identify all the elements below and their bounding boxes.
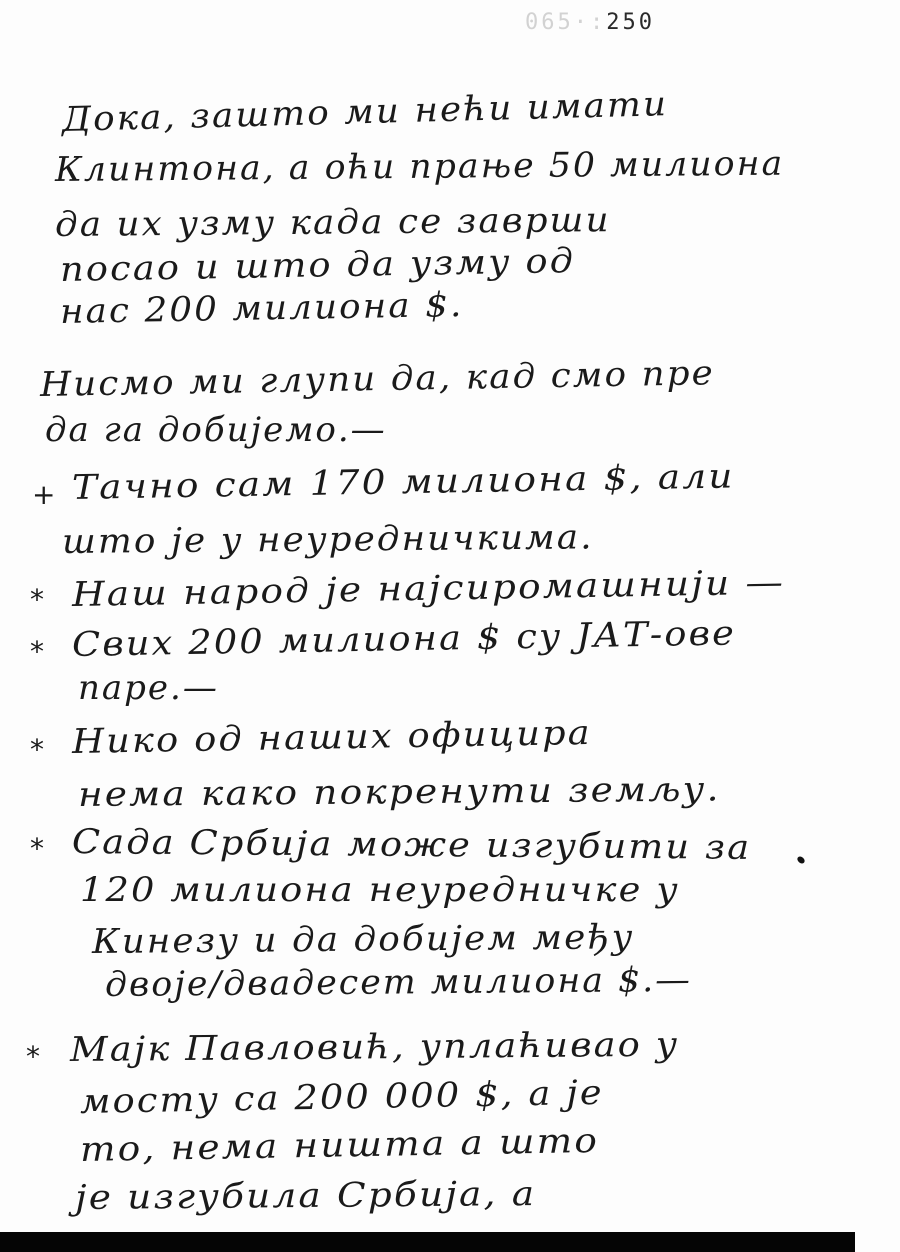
handwritten-line: Сада Србија може изгубити за (72, 822, 752, 868)
handwritten-line: нас 200 милиона $. (60, 285, 464, 332)
handwritten-line: 120 милиона неуредничке у (80, 870, 680, 910)
handwritten-line: мосту са 200 000 $, а је (80, 1073, 604, 1122)
stamp-faded-mid: ·: (574, 10, 607, 35)
handwritten-line: Мајк Павловић, уплаћивао у (70, 1025, 680, 1070)
handwritten-line: нема како покренути земљу. (78, 769, 721, 815)
handwritten-line: двоје/двадесет милиона $.— (105, 960, 692, 1005)
asterisk-bullet-icon: * (30, 832, 44, 865)
handwritten-line: Дока, зашто ми нећи имати (61, 84, 668, 140)
handwritten-line: да га добијемо.— (45, 410, 387, 450)
handwritten-line: да их узму када се заврши (55, 200, 611, 245)
handwritten-line: посао и што да узму од (60, 241, 576, 290)
handwritten-document-page: 065·:250 Дока, зашто ми нећи имати Клинт… (0, 0, 900, 1252)
scan-border-bar (0, 1232, 855, 1252)
handwritten-line: Кинезу и да добијем међу (92, 917, 635, 962)
asterisk-bullet-icon: * (30, 583, 44, 616)
handwritten-line: Нико од наших официра (72, 713, 592, 762)
plus-bullet-icon: + (32, 478, 55, 511)
handwritten-line: Клинтона, а оћи прање 50 милиона (55, 144, 785, 190)
handwritten-line: паре.— (78, 668, 219, 708)
handwritten-line: то, нема ништа а што (80, 1121, 600, 1170)
stamp-number: 250 (606, 10, 655, 35)
stamp-faded-prefix: 065 (525, 10, 574, 35)
handwritten-line: Наш народ је најсиромашнији — (72, 563, 786, 615)
document-page-stamp: 065·:250 (525, 10, 655, 35)
handwritten-line: Тачно сам 170 милиона $, али (72, 456, 735, 508)
handwritten-line: што је у неуредничкима. (62, 517, 594, 562)
ink-spot (796, 855, 806, 865)
asterisk-bullet-icon: * (30, 733, 44, 766)
handwritten-line: је изгубила Србија, а (75, 1174, 537, 1218)
handwritten-line: Нисмо ми глупи да, кад смо пре (40, 353, 715, 405)
handwritten-line: Свих 200 милиона $ су ЈАТ-ове (72, 613, 737, 665)
asterisk-bullet-icon: * (30, 635, 44, 668)
asterisk-bullet-icon: * (26, 1040, 40, 1073)
